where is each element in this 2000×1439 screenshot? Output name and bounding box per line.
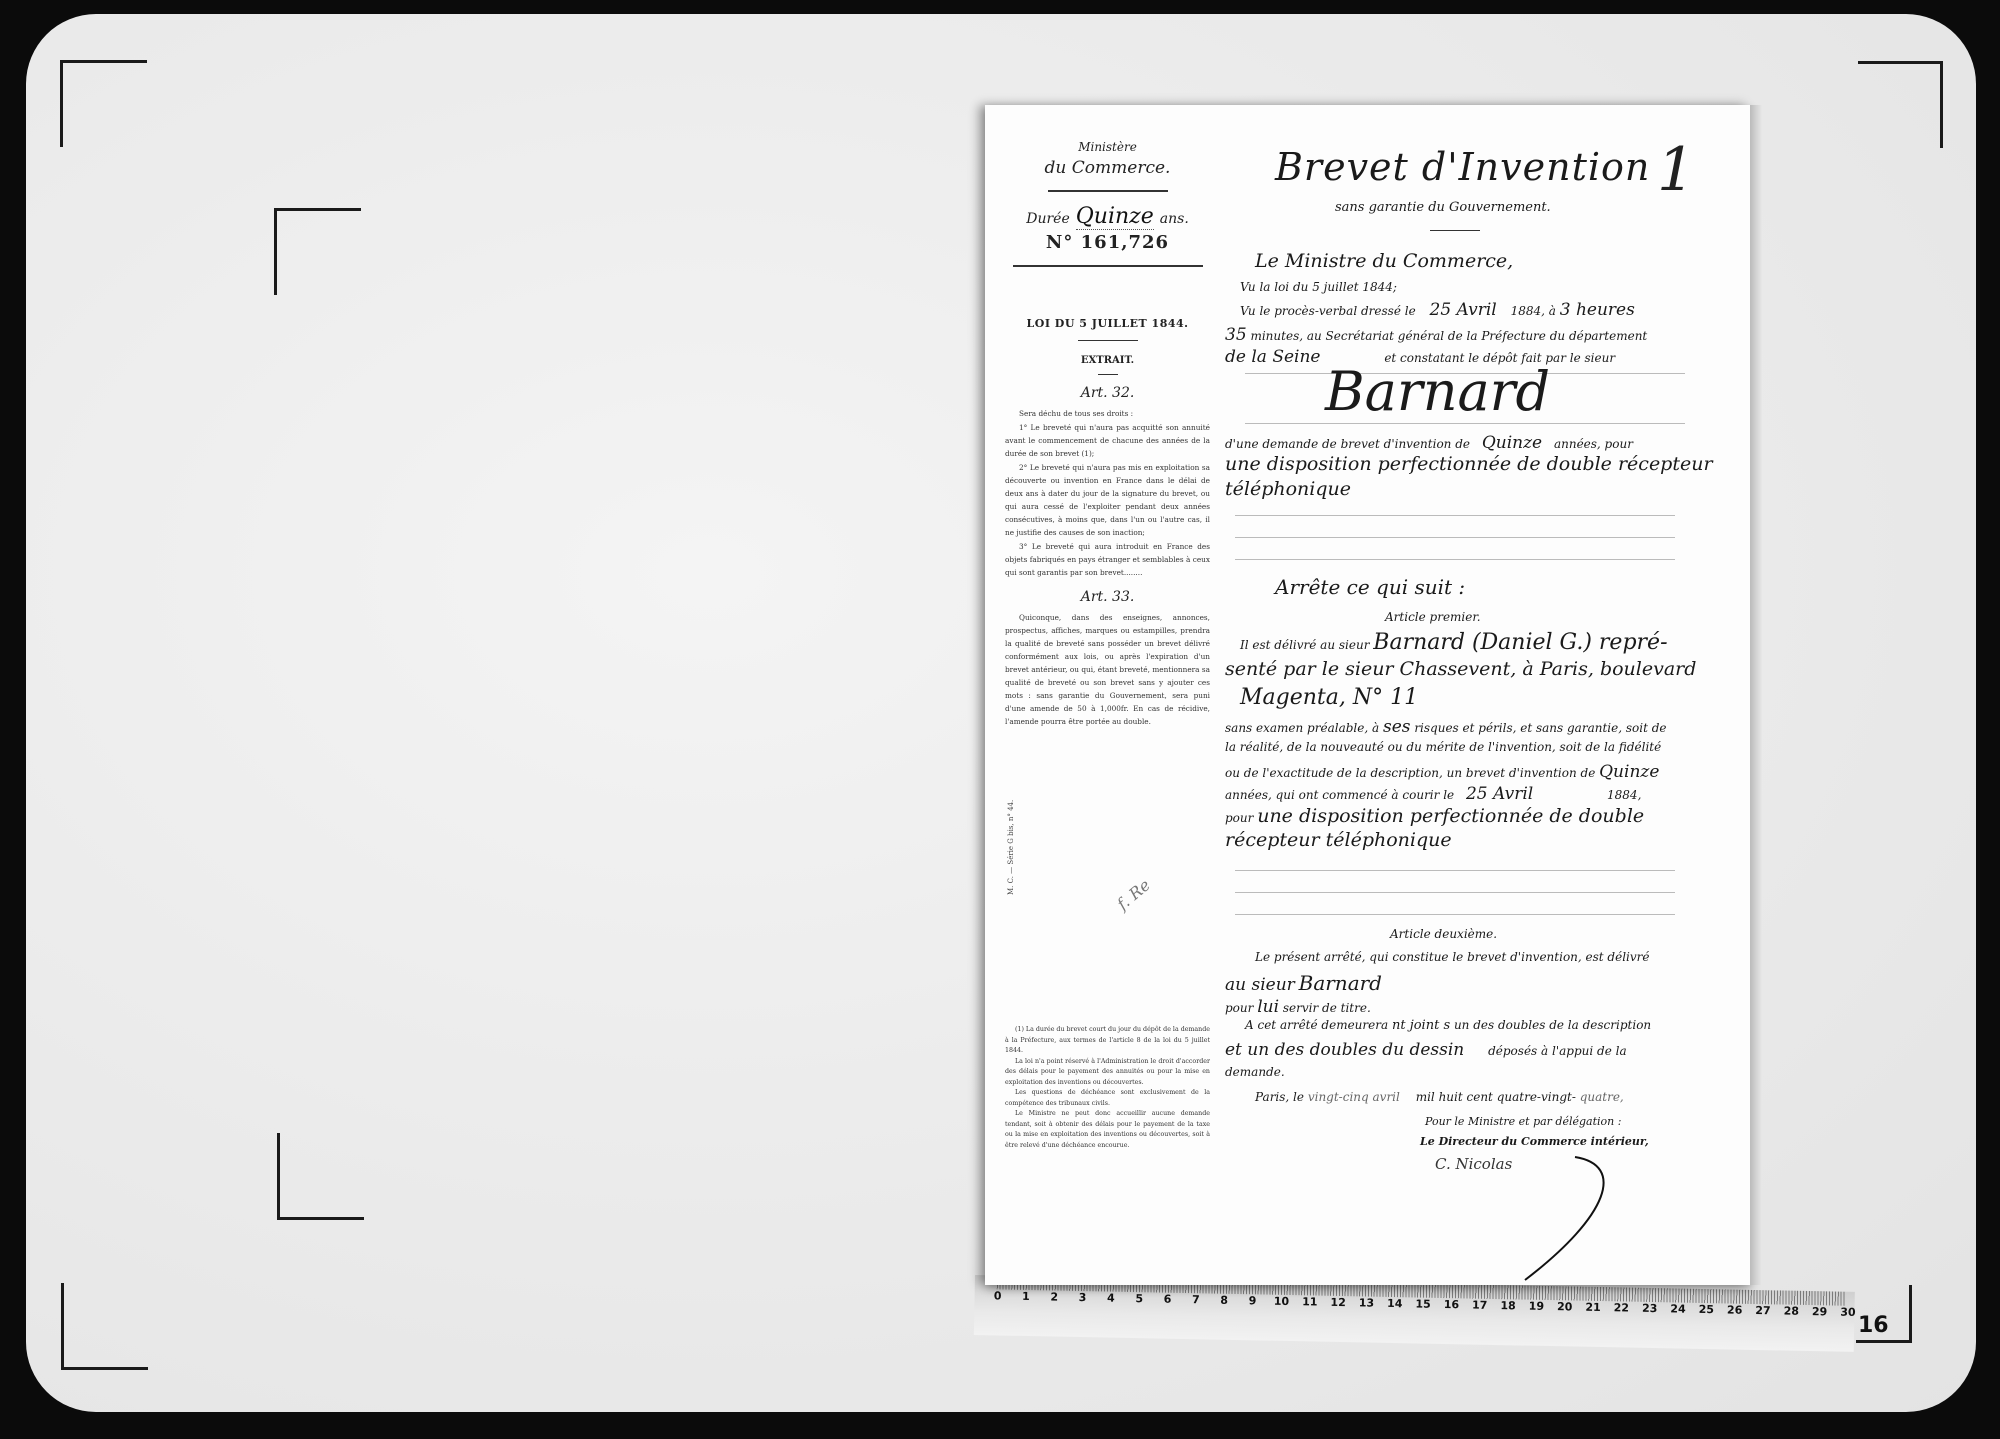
duration-row: Durée Quinze ans. <box>1005 204 1210 230</box>
text: risques et périls, et sans garantie, soi… <box>1414 721 1666 735</box>
filing-hour: 3 heures <box>1560 300 1635 320</box>
ruler-label: 7 <box>1189 1293 1203 1306</box>
text: années, qui ont commencé à courir le <box>1225 788 1454 802</box>
footnote: La loi n'a point réservé à l'Administrat… <box>1005 1057 1210 1089</box>
article1-grantee-line1: Il est délivré au sieur Barnard (Daniel … <box>1240 630 1668 655</box>
invention-title-line1: une disposition perfectionnée de double … <box>1225 453 1713 475</box>
patent-number: 161,726 <box>1081 232 1169 253</box>
art32-heading: Art. 32. <box>1005 385 1210 401</box>
text: au sieur <box>1225 975 1295 995</box>
art33-text: Quiconque, dans des enseignes, annonces,… <box>1005 611 1210 728</box>
ruled-line <box>1245 423 1685 424</box>
ruler-label: 3 <box>1075 1291 1089 1304</box>
ruler-label: 29 <box>1812 1305 1826 1318</box>
extract-heading: EXTRAIT. <box>1005 355 1210 366</box>
start-date: 25 Avril <box>1466 784 1533 804</box>
frame-number: 16 <box>1858 1313 1889 1338</box>
ruled-line <box>1235 559 1675 560</box>
ruler-label: 30 <box>1840 1306 1854 1319</box>
article2-line5: et un des doubles du dessin déposés à l'… <box>1225 1040 1627 1060</box>
ruler-label: 14 <box>1387 1297 1401 1310</box>
ruler-label: 8 <box>1217 1294 1231 1307</box>
ruler-label: 2 <box>1047 1290 1061 1303</box>
text: années, pour <box>1554 437 1633 451</box>
text: pour <box>1225 1001 1253 1015</box>
handwritten-joint: nt joint s <box>1392 1018 1450 1033</box>
grantee: Barnard (Daniel G.) repré- <box>1373 630 1667 655</box>
ruler-label: 4 <box>1104 1291 1118 1304</box>
ruler-label: 11 <box>1302 1295 1316 1308</box>
footnote: Les questions de déchéance sont exclusiv… <box>1005 1088 1210 1109</box>
ruler-label: 1 <box>1019 1290 1033 1303</box>
article1-term: Quinze <box>1599 762 1659 782</box>
ruler-label: 16 <box>1444 1298 1458 1311</box>
signature: C. Nicolas <box>1435 1155 1512 1173</box>
article1-line4: sans examen préalable, à ses risques et … <box>1225 717 1667 737</box>
signature-flourish-icon <box>1515 1155 1635 1285</box>
art33-heading: Art. 33. <box>1005 589 1210 605</box>
ruler-label: 21 <box>1585 1301 1599 1314</box>
patent-document: Ministère du Commerce. Durée Quinze ans.… <box>985 105 1750 1285</box>
ruler-label: 26 <box>1727 1303 1741 1316</box>
ruler-label: 17 <box>1472 1299 1486 1312</box>
ruled-line <box>1235 892 1675 893</box>
crop-mark-top-left <box>60 60 147 147</box>
ruler-label: 19 <box>1529 1300 1543 1313</box>
demand-line: d'une demande de brevet d'invention de Q… <box>1225 433 1633 453</box>
text: déposés à l'appui de la <box>1488 1044 1627 1058</box>
ruler-label: 9 <box>1245 1294 1259 1307</box>
ruled-line <box>1235 914 1675 915</box>
invention2-line2: récepteur téléphonique <box>1225 829 1452 851</box>
handwritten-lui: lui <box>1257 997 1279 1017</box>
number-label: N° <box>1046 232 1073 253</box>
start-year: 1884, <box>1607 788 1641 802</box>
vu-loi: Vu la loi du 5 juillet 1844; <box>1240 280 1397 294</box>
ruler-label: 12 <box>1330 1296 1344 1309</box>
ruler-label: 24 <box>1670 1302 1684 1315</box>
ornament-divider <box>1430 230 1480 231</box>
crop-mark-bottom-left <box>61 1283 148 1370</box>
vu-proces-verbal: Vu le procès-verbal dressé le 25 Avril 1… <box>1240 300 1635 320</box>
article1-line7: années, qui ont commencé à courir le 25 … <box>1225 784 1641 804</box>
footnotes: (1) La durée du brevet court du jour du … <box>1005 1025 1210 1151</box>
art32-paragraph: 3° Le breveté qui aura introduit en Fran… <box>1005 540 1210 579</box>
duration-unit: ans. <box>1160 211 1189 227</box>
crop-mark-bottom-right-h <box>1856 1340 1912 1343</box>
text: un des doubles de la description <box>1454 1018 1651 1032</box>
ruler-label: 10 <box>1274 1295 1288 1308</box>
text: Il est délivré au sieur <box>1240 638 1369 652</box>
document-subtitle: sans garantie du Gouvernement. <box>1335 200 1551 215</box>
article1-grantee-line2: senté par le sieur Chassevent, à Paris, … <box>1225 658 1696 680</box>
text: d'une demande de brevet d'invention de <box>1225 437 1470 451</box>
left-column: Ministère du Commerce. Durée Quinze ans.… <box>1005 140 1210 729</box>
folio-number: 1 <box>1657 135 1695 205</box>
art32-paragraph: 1° Le breveté qui n'aura pas acquitté so… <box>1005 421 1210 460</box>
ruler-label: 15 <box>1415 1297 1429 1310</box>
department: de la Seine <box>1225 347 1320 367</box>
duration-value: Quinze <box>1076 204 1154 230</box>
art32-paragraph: 2° Le breveté qui n'aura pas mis en expl… <box>1005 461 1210 539</box>
text: A cet arrêté demeurera <box>1245 1018 1388 1032</box>
divider <box>1078 340 1138 341</box>
text: servir de titre. <box>1283 1001 1371 1015</box>
crop-mark-bottom-right-v <box>1909 1285 1912 1343</box>
ruler-label: 0 <box>990 1289 1004 1302</box>
ruler-label: 18 <box>1500 1299 1514 1312</box>
article1-grantee-line3: Magenta, N° 11 <box>1240 685 1418 710</box>
ruler-label: 13 <box>1359 1296 1373 1309</box>
article2-heading: Article deuxième. <box>1390 927 1497 941</box>
article2-line1: Le présent arrêté, qui constitue le brev… <box>1255 950 1650 964</box>
form-reference: M. C. — Série G bis, n° 44. <box>1007 800 1015 895</box>
term: Quinze <box>1482 433 1542 453</box>
article2-line2: au sieur Barnard <box>1225 971 1382 995</box>
handwritten-ses: ses <box>1383 717 1411 737</box>
ruled-line <box>1235 870 1675 871</box>
text: Paris, le <box>1255 1090 1304 1104</box>
text: sans examen préalable, à <box>1225 721 1379 735</box>
ministry-line1: Ministère <box>1005 140 1210 154</box>
paper-edge <box>1750 105 1762 1285</box>
article1-line8: pour une disposition perfectionnée de do… <box>1225 805 1644 827</box>
document-title: Brevet d'Invention <box>1275 145 1650 189</box>
duration-label: Durée <box>1026 211 1070 227</box>
applicant-name: Barnard <box>1325 360 1550 423</box>
patent-number-row: N° 161,726 <box>1005 232 1210 253</box>
text: minutes, au Secrétariat général de la Pr… <box>1250 329 1647 343</box>
minutes-line: 35 minutes, au Secrétariat général de la… <box>1225 325 1647 345</box>
signature-line1: Pour le Ministre et par délégation : <box>1425 1115 1621 1128</box>
law-heading: LOI DU 5 JUILLET 1844. <box>1005 317 1210 330</box>
ruler-label: 23 <box>1642 1302 1656 1315</box>
date-line: Paris, le vingt-cinq avril mil huit cent… <box>1255 1090 1624 1104</box>
divider <box>1098 374 1118 375</box>
handwritten-date: vingt-cinq avril <box>1308 1090 1400 1104</box>
art33-paragraph: Quiconque, dans des enseignes, annonces,… <box>1005 611 1210 728</box>
filing-year: 1884, à <box>1511 304 1556 318</box>
ministry-line2: du Commerce. <box>1005 158 1210 178</box>
article1-line5: la réalité, de la nouveauté ou du mérite… <box>1225 740 1661 754</box>
invention-title-line2: téléphonique <box>1225 478 1351 500</box>
ruled-line <box>1235 515 1675 516</box>
ruler-label: 27 <box>1755 1304 1769 1317</box>
handwritten-year: quatre, <box>1580 1090 1624 1104</box>
handwritten-dessin: et un des doubles du dessin <box>1225 1040 1464 1060</box>
filing-date: 25 Avril <box>1430 300 1497 320</box>
article1-line6: ou de l'exactitude de la description, un… <box>1225 762 1659 782</box>
ruler-label: 20 <box>1557 1300 1571 1313</box>
crop-mark-top-right <box>1858 61 1943 148</box>
article1-heading: Article premier. <box>1385 610 1481 624</box>
text: mil huit cent quatre-vingt- <box>1416 1090 1576 1104</box>
art32-paragraph: Sera déchu de tous ses droits : <box>1005 407 1210 420</box>
invention2-line1: une disposition perfectionnée de double <box>1257 805 1644 827</box>
article2-line6: demande. <box>1225 1065 1285 1079</box>
text: pour <box>1225 811 1253 825</box>
ruler-label: 22 <box>1614 1301 1628 1314</box>
text: Vu le procès-verbal dressé le <box>1240 304 1416 318</box>
text: ou de l'exactitude de la description, un… <box>1225 766 1595 780</box>
signature-line2: Le Directeur du Commerce intérieur, <box>1420 1135 1649 1148</box>
ruler-label: 6 <box>1160 1293 1174 1306</box>
inner-crop-mark-bottom <box>277 1133 364 1220</box>
inner-crop-mark-top <box>274 208 361 295</box>
footnote: Le Ministre ne peut donc accueillir aucu… <box>1005 1109 1210 1151</box>
minister-heading: Le Ministre du Commerce, <box>1255 250 1513 272</box>
article2-line3: pour lui servir de titre. <box>1225 997 1371 1017</box>
art32-text: Sera déchu de tous ses droits : 1° Le br… <box>1005 407 1210 579</box>
ornament-divider <box>1048 190 1168 192</box>
footnote: (1) La durée du brevet court du jour du … <box>1005 1025 1210 1057</box>
ruler-label: 25 <box>1699 1303 1713 1316</box>
article2-recipient: Barnard <box>1299 971 1382 995</box>
ruler-label: 28 <box>1784 1305 1798 1318</box>
filing-minutes: 35 <box>1225 325 1247 345</box>
article2-line4: A cet arrêté demeurera nt joint s un des… <box>1245 1018 1651 1033</box>
ruler-label: 5 <box>1132 1292 1146 1305</box>
handwritten-paraph: f. Re <box>1113 875 1154 913</box>
ornament-divider <box>1013 265 1203 267</box>
ruled-line <box>1235 537 1675 538</box>
arrete-heading: Arrête ce qui suit : <box>1275 575 1465 599</box>
